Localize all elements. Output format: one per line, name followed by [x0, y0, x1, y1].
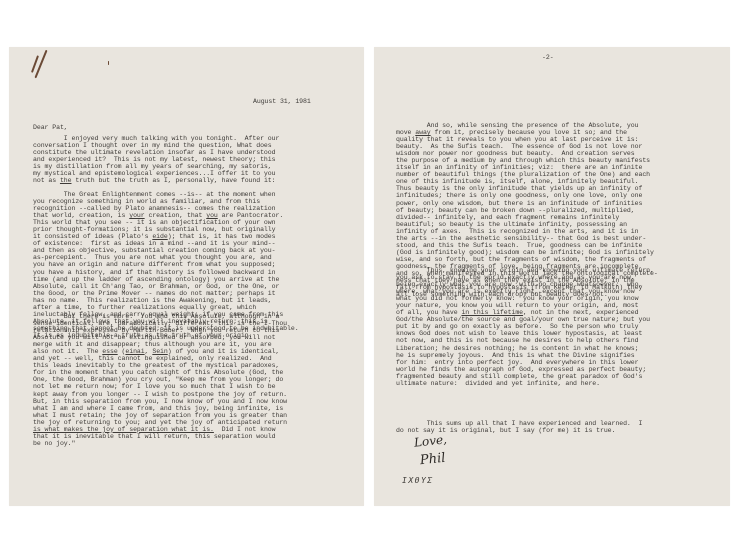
ink-mark — [34, 50, 47, 78]
paragraph-1: I enjoyed very much talking with you ton… — [33, 135, 279, 184]
letter-date: August 31, 1981 — [253, 98, 311, 105]
ichthys-symbol: IXΘYΣ — [402, 476, 434, 485]
letter-page-2: -2- And so, while sensing the presence o… — [374, 47, 730, 506]
closing-handwritten: Love, — [413, 432, 447, 449]
signature-handwritten: Phil — [419, 451, 446, 469]
salutation: Dear Pat, — [33, 124, 68, 131]
paragraph-6: This sums up all that I have experienced… — [396, 420, 642, 434]
paragraph-3: But there is more. You and this Absolute… — [33, 313, 287, 447]
page-number: -2- — [542, 54, 554, 61]
letter-page-1: August 31, 1981 Dear Pat, I enjoyed very… — [9, 47, 364, 506]
ink-mark — [108, 61, 109, 65]
paragraph-5: Thus, knowing your origin and knowing yo… — [396, 267, 654, 387]
